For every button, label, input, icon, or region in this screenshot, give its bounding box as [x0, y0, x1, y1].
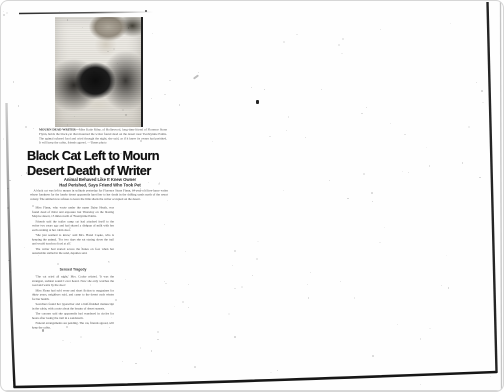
scan-noise-speck	[93, 71, 94, 72]
scan-noise-speck	[157, 331, 159, 333]
scan-noise-speck	[342, 38, 344, 40]
scan-noise-speck	[159, 182, 160, 183]
right-faint-edge	[501, 1, 502, 392]
scan-noise-speck	[128, 27, 130, 29]
scan-noise-speck	[25, 126, 27, 128]
scan-noise-speck	[264, 89, 265, 90]
ink-speck	[145, 10, 147, 12]
scan-noise-speck	[7, 207, 8, 208]
scan-noise-speck	[305, 137, 306, 138]
ink-speck	[256, 100, 259, 104]
scan-noise-speck	[148, 133, 149, 134]
scan-noise-speck	[329, 180, 330, 181]
scan-noise-speck	[479, 177, 480, 178]
bottom-page-edge	[15, 372, 497, 387]
scan-noise-speck	[38, 255, 39, 256]
scan-noise-speck	[7, 188, 8, 189]
body-paragraph: Miss Flynn, who wrote under the name Dai…	[32, 206, 114, 219]
scan-noise-speck	[3, 138, 4, 139]
scan-noise-speck	[408, 172, 409, 173]
body-column-bottom: 'The cat cried all night,' Mrs. Cooke re…	[32, 275, 114, 347]
scan-noise-speck	[185, 251, 186, 252]
scan-noise-speck	[354, 297, 356, 299]
body-paragraph: Funeral arrangements are pending. The ca…	[32, 322, 114, 331]
scan-noise-speck	[402, 171, 403, 172]
scan-noise-speck	[3, 11, 4, 12]
crosshead-text: Sensed Tragedy	[32, 268, 114, 272]
scan-noise-speck	[241, 286, 243, 288]
scan-noise-speck	[212, 141, 213, 142]
body-paragraph: The writer had started across the dunes …	[32, 247, 114, 256]
scan-noise-speck	[21, 175, 22, 176]
scan-noise-speck	[182, 301, 183, 302]
scan-noise-speck	[66, 326, 68, 328]
scan-noise-speck	[310, 272, 311, 273]
scan-noise-speck	[404, 134, 405, 135]
scan-noise-speck	[269, 136, 270, 137]
scan-noise-speck	[26, 172, 28, 174]
scan-noise-speck	[481, 90, 483, 92]
scan-noise-speck	[140, 188, 142, 190]
scan-noise-speck	[252, 275, 253, 276]
scan-noise-speck	[341, 53, 342, 54]
scan-noise-speck	[164, 224, 165, 225]
scan-noise-speck	[92, 153, 93, 154]
scan-noise-speck	[69, 227, 71, 229]
body-paragraph: Friends said the trailer camp cat had at…	[32, 220, 114, 233]
scan-noise-speck	[429, 328, 430, 329]
scanned-page: MOURN DEAD WRITER—Miss Katie Riley, of H…	[0, 0, 504, 392]
body-paragraph: 'The cat cried all night,' Mrs. Cooke re…	[32, 275, 114, 288]
scan-noise-speck	[62, 340, 64, 342]
scan-noise-speck	[120, 153, 121, 154]
headline-line-1: Black Cat Left to Mourn	[27, 149, 175, 164]
crosshead: Sensed Tragedy	[32, 268, 114, 274]
scan-noise-speck	[67, 19, 68, 20]
scan-noise-speck	[18, 105, 20, 107]
scan-noise-speck	[6, 12, 8, 14]
scan-noise-speck	[125, 114, 126, 115]
headline-line-2: Desert Death of Writer	[27, 164, 175, 179]
subhead: Animal Behaved Like It Knew Owner Had Pe…	[26, 177, 174, 188]
scan-noise-speck	[228, 313, 230, 315]
scan-noise-speck	[372, 355, 374, 357]
clipping-top-rule	[19, 12, 153, 14]
scan-noise-speck	[340, 281, 341, 282]
scan-noise-speck	[234, 288, 235, 289]
scan-noise-speck	[270, 372, 272, 374]
scan-noise-speck	[169, 80, 171, 82]
subhead-line-2: Had Perished, Says Friend Who Took Pet	[26, 182, 174, 187]
lead-paragraph: A black cat was left to mourn in solitud…	[30, 189, 168, 206]
scan-noise-speck	[450, 23, 451, 24]
scan-noise-speck	[33, 128, 34, 129]
photo-caption-lead: MOURN DEAD WRITER—	[39, 128, 79, 132]
scan-noise-speck	[420, 338, 421, 339]
scan-noise-speck	[140, 347, 141, 348]
body-paragraph: 'She just seemed to know,' said Mrs. Haz…	[32, 234, 114, 247]
scan-noise-speck	[234, 336, 236, 338]
scan-noise-speck	[174, 306, 175, 307]
scan-noise-speck	[8, 260, 9, 261]
body-paragraph: Searchers found her typewriter and a hal…	[32, 303, 114, 312]
scan-noise-speck	[68, 134, 69, 135]
right-page-edge	[488, 2, 497, 372]
scan-noise-speck	[122, 361, 123, 362]
scan-noise-speck	[371, 192, 373, 194]
scan-noise-speck	[148, 182, 149, 183]
lead-paragraph-text: A black cat was left to mourn in solitud…	[30, 189, 168, 202]
scan-noise-speck	[234, 250, 235, 251]
scan-noise-speck	[73, 215, 74, 216]
scan-noise-speck	[56, 139, 57, 140]
scan-noise-speck	[59, 11, 60, 12]
scan-noise-speck	[490, 376, 491, 377]
scan-noise-speck	[107, 51, 109, 53]
scan-noise-speck	[152, 33, 153, 34]
left-page-edge	[7, 103, 15, 387]
scan-noise-speck	[188, 284, 189, 285]
scan-noise-speck	[308, 297, 309, 298]
headline: Black Cat Left to Mourn Desert Death of …	[27, 149, 175, 178]
woman-with-black-cat-photo	[55, 17, 143, 127]
body-paragraph: The coroner said she apparently had wand…	[32, 312, 114, 321]
scan-noise-speck	[32, 205, 34, 207]
scan-noise-speck	[3, 14, 5, 16]
scan-noise-speck	[82, 27, 83, 28]
scan-noise-speck	[122, 109, 124, 111]
body-paragraph: Miss Flynn had sold verse and short fict…	[32, 289, 114, 302]
scan-noise-speck	[468, 126, 470, 128]
scan-noise-speck	[256, 258, 258, 260]
scan-noise-speck	[80, 336, 82, 338]
scan-noise-speck	[135, 363, 136, 364]
pencil-mark	[42, 329, 44, 332]
scan-noise-speck	[113, 48, 115, 50]
scan-noise-speck	[379, 242, 380, 243]
scan-noise-speck	[283, 41, 285, 43]
